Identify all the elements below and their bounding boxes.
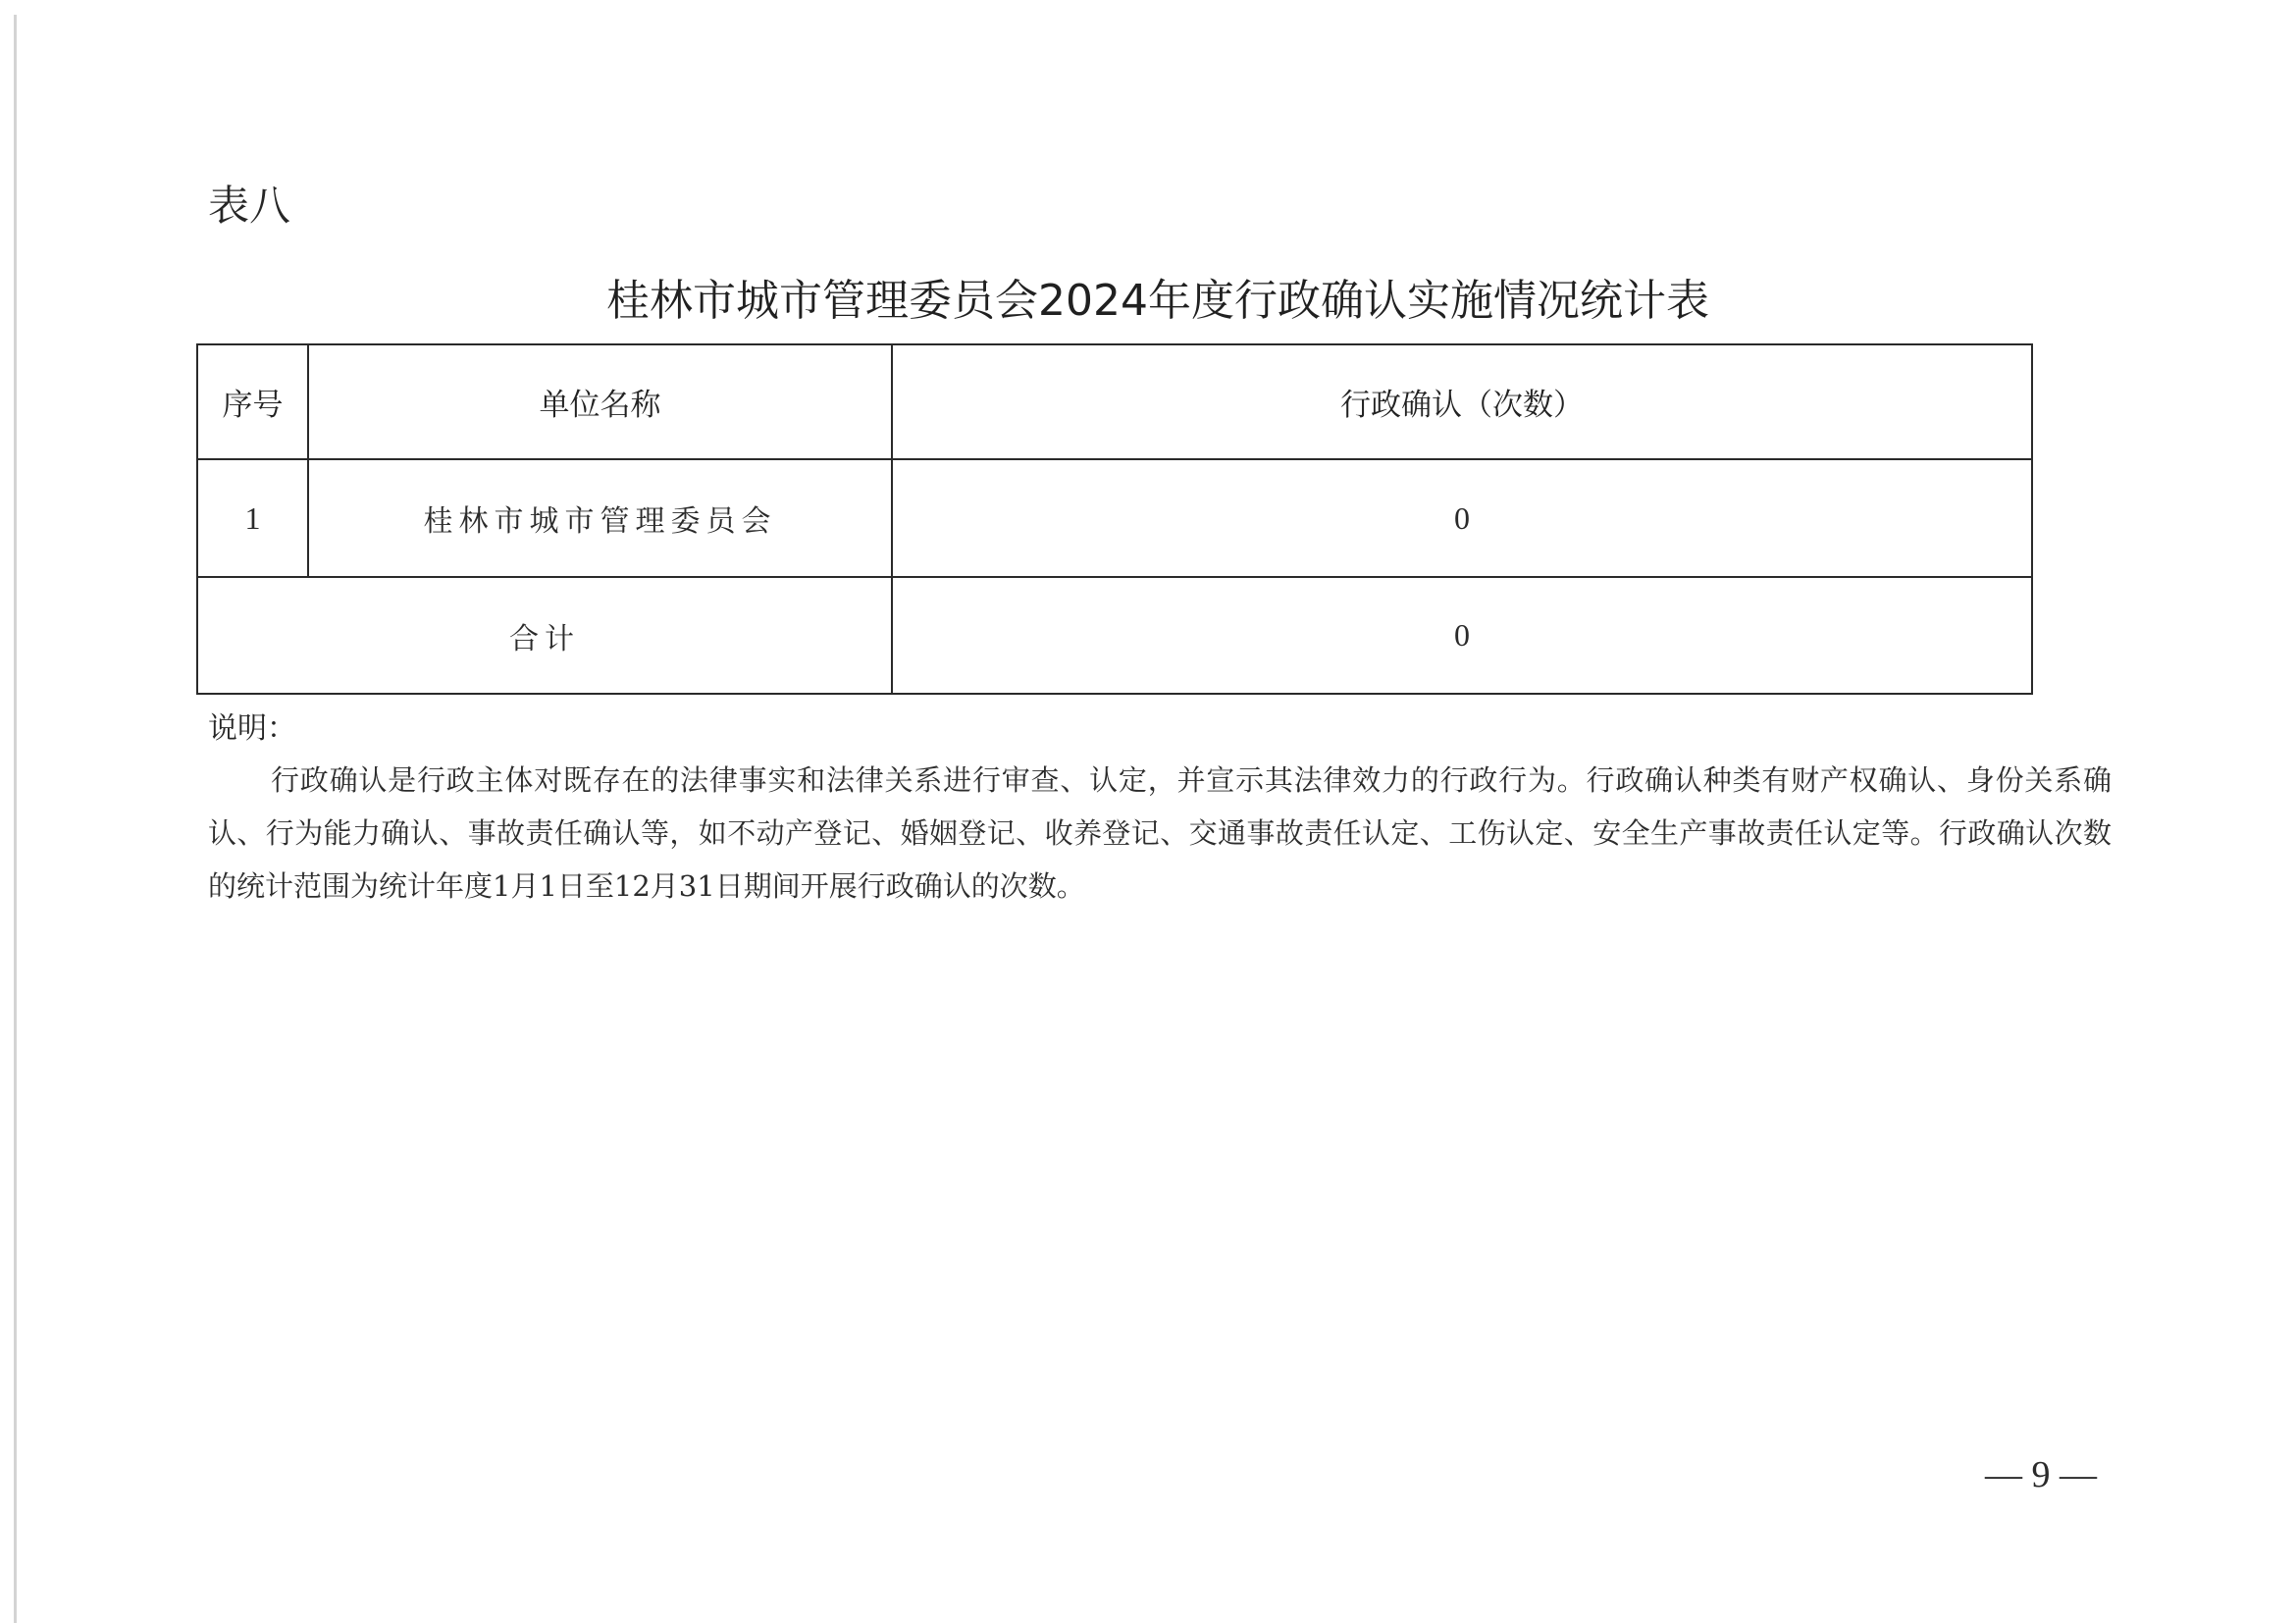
row-index: 1 — [245, 500, 261, 536]
scan-edge-line — [14, 15, 17, 1623]
notes-body: 行政确认是行政主体对既存在的法律事实和法律关系进行审查、认定，并宣示其法律效力的… — [208, 754, 2112, 913]
table-label: 表八 — [208, 177, 290, 236]
total-count: 0 — [1454, 617, 1470, 653]
header-count-label: 行政确认（次数） — [1340, 388, 1584, 423]
table-header-row: 序号 单位名称 行政确认（次数） — [197, 344, 2032, 459]
cell-unit-name: 桂林市城市管理委员会 — [308, 459, 892, 577]
statistics-table: 序号 单位名称 行政确认（次数） 1 桂林市城市管理委员会 0 合计 0 — [196, 343, 2033, 695]
header-count: 行政确认（次数） — [892, 344, 2032, 459]
cell-count: 0 — [892, 459, 2032, 577]
table-total-row: 合计 0 — [197, 577, 2032, 694]
cell-total-count: 0 — [892, 577, 2032, 694]
document-title: 桂林市城市管理委员会2024年度行政确认实施情况统计表 — [589, 271, 1727, 332]
header-unit-name-label: 单位名称 — [540, 388, 661, 423]
cell-index: 1 — [197, 459, 308, 577]
total-label: 合计 — [509, 622, 580, 656]
notes-heading: 说明： — [208, 705, 296, 754]
header-index: 序号 — [197, 344, 308, 459]
page-number: — 9 — — [1962, 1450, 2119, 1499]
table-row: 1 桂林市城市管理委员会 0 — [197, 459, 2032, 577]
cell-total-label: 合计 — [197, 577, 892, 694]
header-unit-name: 单位名称 — [308, 344, 892, 459]
header-index-label: 序号 — [223, 388, 284, 423]
row-unit-name: 桂林市城市管理委员会 — [424, 504, 777, 539]
row-count: 0 — [1454, 500, 1470, 536]
